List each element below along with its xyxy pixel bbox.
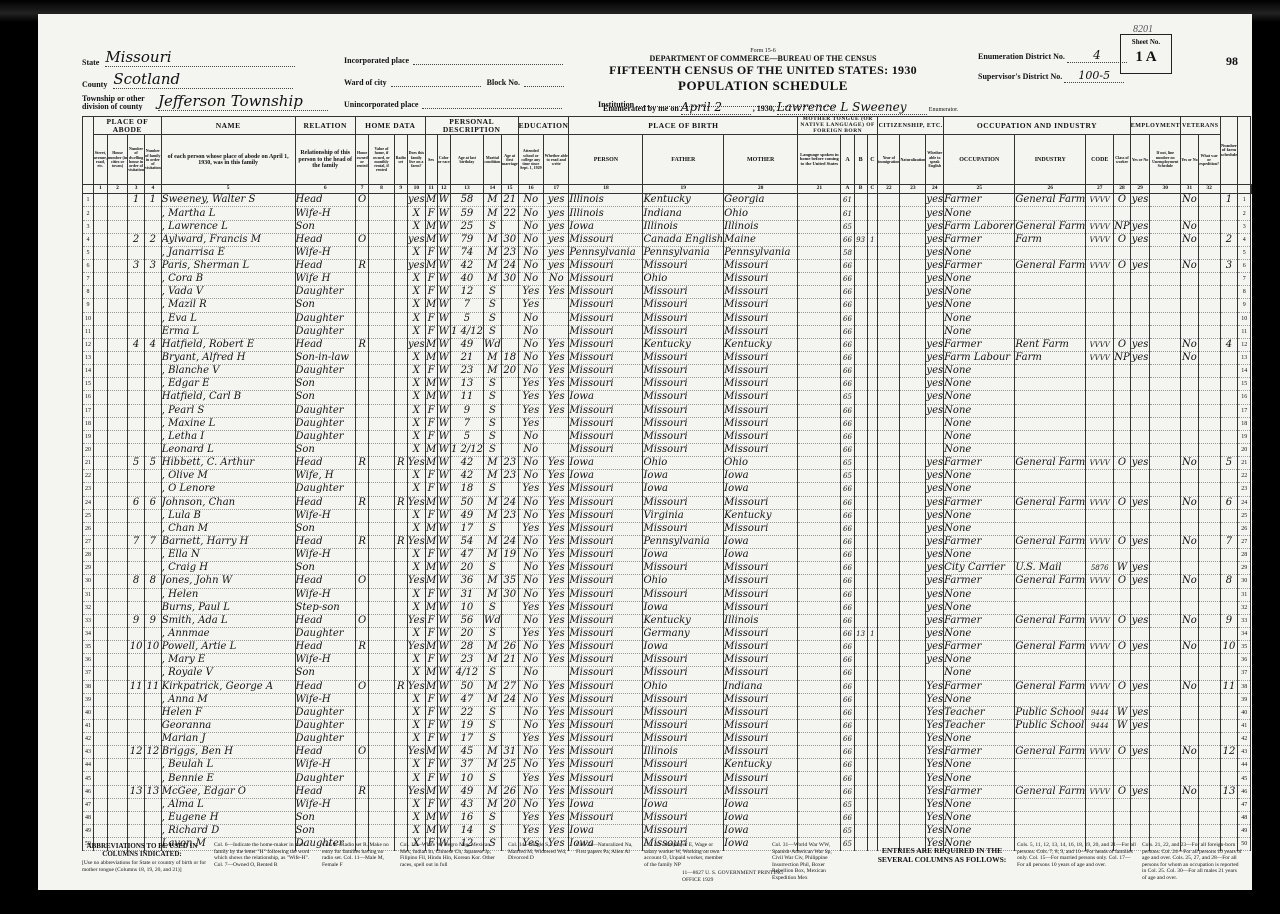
empty-cell — [878, 430, 900, 443]
farm-schedule — [1220, 430, 1238, 443]
relationship: Wife-H — [295, 588, 355, 601]
empty-cell — [1198, 601, 1220, 614]
line-number: 4 — [83, 233, 94, 246]
empty-cell — [1150, 470, 1181, 483]
birthplace: Missouri — [569, 654, 643, 667]
race: W — [437, 614, 450, 627]
empty-cell — [1198, 194, 1220, 207]
veteran — [1181, 798, 1199, 811]
empty-cell — [93, 733, 107, 746]
code-a: 66 — [841, 759, 854, 772]
race: W — [437, 693, 450, 706]
empty-cell — [798, 312, 841, 325]
sex: M — [425, 351, 437, 364]
dwelling-number: 13 — [128, 785, 145, 798]
farm-schedule — [1220, 588, 1238, 601]
radio-set — [394, 299, 407, 312]
age: 37 — [450, 759, 483, 772]
birthplace: Missouri — [569, 286, 643, 299]
race: W — [437, 667, 450, 680]
veteran — [1181, 404, 1199, 417]
table-row: 431212Briggs, Ben HHeadOYesMW45M31NoYesM… — [83, 746, 1252, 759]
empty-cell — [1150, 338, 1181, 351]
age: 79 — [450, 233, 483, 246]
occupation-code: VVVV — [1086, 614, 1114, 627]
sex: M — [425, 641, 437, 654]
empty-cell — [900, 417, 926, 430]
code-b — [854, 246, 867, 259]
empty-cell — [798, 417, 841, 430]
home-owned: O — [355, 233, 369, 246]
code-b — [854, 693, 867, 706]
person-name: , O Lenore — [161, 483, 295, 496]
age: 50 — [450, 496, 483, 509]
occupation: Farmer — [944, 575, 1015, 588]
father-birthplace: Iowa — [643, 483, 724, 496]
code-a: 66 — [841, 614, 854, 627]
marital-status: S — [483, 430, 501, 443]
dwelling-number — [128, 522, 145, 535]
code-a: 66 — [841, 693, 854, 706]
empty-cell — [1150, 260, 1181, 273]
industry — [1015, 299, 1086, 312]
industry: U.S. Mail — [1015, 562, 1086, 575]
farm-or-yes: X — [407, 759, 425, 772]
radio-set — [394, 641, 407, 654]
empty-cell — [900, 772, 926, 785]
empty-cell — [900, 719, 926, 732]
age: 5 — [450, 430, 483, 443]
industry: General Farm — [1015, 575, 1086, 588]
occupation-code: VVVV — [1086, 680, 1114, 693]
speaks-english — [926, 325, 944, 338]
group-citizenship: CITIZENSHIP, ETC. — [878, 117, 944, 135]
col31-note: Col. 31—World War WW, Spanish-American W… — [772, 842, 842, 882]
sex: M — [425, 299, 437, 312]
age-at-marriage — [501, 825, 518, 838]
farm-or-yes: Yes — [407, 614, 425, 627]
line-number-right: 19 — [1238, 430, 1251, 443]
column-number: 13 — [450, 185, 483, 194]
person-name: Burns, Paul L — [161, 601, 295, 614]
veteran — [1181, 365, 1199, 378]
sex: F — [425, 719, 437, 732]
empty-cell — [1198, 391, 1220, 404]
empty-cell — [1150, 601, 1181, 614]
birthplace: Missouri — [569, 785, 643, 798]
sex: F — [425, 312, 437, 325]
empty-cell — [1198, 443, 1220, 456]
person-name: , Martha L — [161, 207, 295, 220]
veteran — [1181, 693, 1199, 706]
age-at-marriage — [501, 719, 518, 732]
birthplace: Missouri — [569, 759, 643, 772]
can-read-write: Yes — [544, 562, 569, 575]
empty-cell — [107, 470, 127, 483]
can-read-write — [544, 443, 569, 456]
radio-header: Radio set — [394, 135, 407, 185]
empty-cell — [900, 246, 926, 259]
veteran: No — [1181, 535, 1199, 548]
speaks-english: yes — [926, 194, 944, 207]
race: W — [437, 246, 450, 259]
race: W — [437, 365, 450, 378]
father-birthplace: Missouri — [643, 588, 724, 601]
relationship: Daughter — [295, 312, 355, 325]
enumerator-name: Lawrence L Sweeney — [777, 100, 927, 115]
occupation-code — [1086, 588, 1114, 601]
code-b — [854, 220, 867, 233]
column-number: C — [867, 185, 878, 194]
father-birthplace: Missouri — [643, 706, 724, 719]
age-at-marriage: 30 — [501, 233, 518, 246]
table-row: 3399Smith, Ada LHeadOYesFW56WdNoYesMisso… — [83, 614, 1252, 627]
farm-or-yes: X — [407, 483, 425, 496]
home-owned — [355, 417, 369, 430]
family-number: 6 — [144, 496, 161, 509]
farm-schedule: 3 — [1220, 260, 1238, 273]
code-a: 66 — [841, 430, 854, 443]
age-at-marriage — [501, 299, 518, 312]
line-number-right: 39 — [1238, 693, 1251, 706]
radio-set — [394, 759, 407, 772]
industry — [1015, 693, 1086, 706]
marital-status: Wd — [483, 338, 501, 351]
at-work: yes — [1130, 785, 1150, 798]
race: W — [437, 562, 450, 575]
column-number: 10 — [407, 185, 425, 194]
age-at-marriage — [501, 430, 518, 443]
code-c — [867, 614, 878, 627]
class-of-worker — [1114, 549, 1130, 562]
family-number: 3 — [144, 260, 161, 273]
empty-cell — [900, 470, 926, 483]
empty-cell — [1198, 759, 1220, 772]
at-work — [1130, 759, 1150, 772]
empty-cell — [1150, 430, 1181, 443]
father-birthplace: Missouri — [643, 667, 724, 680]
code-c — [867, 273, 878, 286]
age: 12 — [450, 286, 483, 299]
at-work: yes — [1130, 220, 1150, 233]
group-mother-tongue: MOTHER TONGUE (OR NATIVE LANGUAGE) OF FO… — [798, 117, 878, 135]
line-number-right: 8 — [1238, 286, 1251, 299]
code-c — [867, 351, 878, 364]
person-name: Marian J — [161, 733, 295, 746]
empty-cell — [107, 627, 127, 640]
language-header: Language spoken in home before coming to… — [798, 135, 841, 185]
attended-school: No — [518, 260, 543, 273]
column-number: 4 — [144, 185, 161, 194]
farm-schedule — [1220, 483, 1238, 496]
line-number: 24 — [83, 496, 94, 509]
veteran — [1181, 627, 1199, 640]
farm-or-yes: X — [407, 549, 425, 562]
age-at-marriage: 24 — [501, 693, 518, 706]
mother-birthplace: Missouri — [724, 496, 798, 509]
line-number-right: 33 — [1238, 614, 1251, 627]
code-a: 66 — [841, 535, 854, 548]
age: 21 — [450, 351, 483, 364]
empty-cell — [369, 706, 394, 719]
industry: Public School — [1015, 706, 1086, 719]
empty-cell — [369, 627, 394, 640]
dwelling-number — [128, 719, 145, 732]
dwelling-number — [128, 299, 145, 312]
can-read-write: Yes — [544, 509, 569, 522]
person-name: Helen F — [161, 706, 295, 719]
dwelling-number: 4 — [128, 338, 145, 351]
occupation-code — [1086, 667, 1114, 680]
relationship: Wife-H — [295, 654, 355, 667]
code-b — [854, 417, 867, 430]
relationship: Head — [295, 680, 355, 693]
col6-note: Col. 6—Indicate the home-maker in each f… — [214, 842, 314, 868]
farm-or-yes: X — [407, 509, 425, 522]
empty-cell — [369, 430, 394, 443]
race: W — [437, 194, 450, 207]
line-number-right: 38 — [1238, 680, 1251, 693]
veteran — [1181, 207, 1199, 220]
farm-or-yes: X — [407, 220, 425, 233]
birthplace: Missouri — [569, 509, 643, 522]
class-of-worker — [1114, 417, 1130, 430]
line-number-right: 18 — [1238, 417, 1251, 430]
speaks-english: yes — [926, 509, 944, 522]
age: 1 2/12 — [450, 443, 483, 456]
farm-schedule — [1220, 522, 1238, 535]
home-owned: R — [355, 457, 369, 470]
speaks-english: yes — [926, 575, 944, 588]
can-read-write: Yes — [544, 627, 569, 640]
at-work: yes — [1130, 535, 1150, 548]
code-c — [867, 549, 878, 562]
empty-cell — [1150, 535, 1181, 548]
mother-birthplace: Missouri — [724, 719, 798, 732]
code-a: 66 — [841, 575, 854, 588]
table-row: 42Marian JDaughterXFW17SYesYesMissouriMi… — [83, 733, 1252, 746]
occupation-code — [1086, 693, 1114, 706]
empty-cell — [1150, 325, 1181, 338]
empty-cell — [1150, 746, 1181, 759]
farm-or-yes: X — [407, 207, 425, 220]
farm-schedule — [1220, 811, 1238, 824]
empty-cell — [93, 746, 107, 759]
dwelling-number: 2 — [128, 233, 145, 246]
marital-status: M — [483, 746, 501, 759]
age: 20 — [450, 627, 483, 640]
age: 20 — [450, 562, 483, 575]
occupation: None — [944, 522, 1015, 535]
immigration-header: Year of immigration — [878, 135, 900, 185]
empty-cell — [900, 365, 926, 378]
code-b — [854, 811, 867, 824]
col14-note: Col. 14—Single S, Married M, Widowed Wd,… — [508, 842, 568, 862]
age: 49 — [450, 785, 483, 798]
farm-schedule — [1220, 443, 1238, 456]
age-at-marriage: 27 — [501, 680, 518, 693]
mother-birthplace: Missouri — [724, 273, 798, 286]
empty-cell — [107, 391, 127, 404]
empty-cell — [1150, 549, 1181, 562]
person-name: , Janarrisa E — [161, 246, 295, 259]
code-b — [854, 575, 867, 588]
relationship: Wife-H — [295, 207, 355, 220]
empty-cell — [107, 614, 127, 627]
age-marriage-header: Age at first marriage — [501, 135, 518, 185]
line-number-right: 43 — [1238, 746, 1251, 759]
race: W — [437, 443, 450, 456]
empty-cell — [369, 522, 394, 535]
code-a: 66 — [841, 443, 854, 456]
column-number-row: 123456789101112131415161718192021ABC2223… — [83, 185, 1252, 194]
birthplace: Missouri — [569, 811, 643, 824]
person-name: , Lawrence L — [161, 220, 295, 233]
father-birthplace: Missouri — [643, 496, 724, 509]
father-birthplace: Ohio — [643, 680, 724, 693]
farm-schedule — [1220, 312, 1238, 325]
occupation: None — [944, 601, 1015, 614]
occupation-header: OCCUPATION — [944, 135, 1015, 185]
can-read-write: Yes — [544, 641, 569, 654]
marital-status: M — [483, 260, 501, 273]
family-number — [144, 220, 161, 233]
empty-cell — [900, 194, 926, 207]
empty-cell — [107, 351, 127, 364]
occupation: None — [944, 286, 1015, 299]
farm-or-yes: yes — [407, 260, 425, 273]
empty-cell — [369, 338, 394, 351]
farm-or-yes: X — [407, 654, 425, 667]
empty-cell — [93, 246, 107, 259]
dwelling-number: 1 — [128, 194, 145, 207]
speaks-english: yes — [926, 535, 944, 548]
code-c — [867, 535, 878, 548]
birthplace: Missouri — [569, 378, 643, 391]
occupation-code — [1086, 404, 1114, 417]
occupation-code — [1086, 391, 1114, 404]
dwelling-number: 10 — [128, 641, 145, 654]
person-name: Hatfield, Carl B — [161, 391, 295, 404]
empty-cell — [93, 457, 107, 470]
line-number-right: 48 — [1238, 811, 1251, 824]
person-name: , Beulah L — [161, 759, 295, 772]
race: W — [437, 798, 450, 811]
veteran: No — [1181, 457, 1199, 470]
marital-status: M — [483, 654, 501, 667]
age: 49 — [450, 509, 483, 522]
empty-cell — [1150, 759, 1181, 772]
line-number-right: 26 — [1238, 522, 1251, 535]
veteran — [1181, 601, 1199, 614]
line-number-right: 44 — [1238, 759, 1251, 772]
col9-note: Col. 9—Radio set R. Make no entry for fa… — [322, 842, 392, 868]
farm-schedule — [1220, 667, 1238, 680]
line-number-right: 5 — [1238, 246, 1251, 259]
home-owned — [355, 273, 369, 286]
name-subheader: of each person whose place of abode on A… — [161, 135, 295, 185]
sex: F — [425, 706, 437, 719]
empty-cell — [369, 772, 394, 785]
class-of-worker — [1114, 246, 1130, 259]
empty-cell — [1198, 535, 1220, 548]
industry: General Farm — [1015, 746, 1086, 759]
occupation: None — [944, 627, 1015, 640]
speaks-english: yes — [926, 207, 944, 220]
family-number — [144, 667, 161, 680]
school-header: Attended school or college any time sinc… — [518, 135, 543, 185]
code-c — [867, 443, 878, 456]
occupation: None — [944, 207, 1015, 220]
radio-set — [394, 194, 407, 207]
at-work: yes — [1130, 562, 1150, 575]
naturalization-header: Naturalization — [900, 135, 926, 185]
marital-status: M — [483, 549, 501, 562]
empty-cell — [1198, 798, 1220, 811]
empty-cell — [369, 457, 394, 470]
farm-schedule — [1220, 220, 1238, 233]
age-at-marriage: 20 — [501, 365, 518, 378]
race: W — [437, 627, 450, 640]
code-a: 66 — [841, 641, 854, 654]
occupation-code — [1086, 273, 1114, 286]
radio-set — [394, 588, 407, 601]
race: W — [437, 641, 450, 654]
line-number: 17 — [83, 404, 94, 417]
class-of-worker — [1114, 483, 1130, 496]
race: W — [437, 273, 450, 286]
can-read-write: Yes — [544, 746, 569, 759]
relationship: Daughter — [295, 772, 355, 785]
farm-or-yes: X — [407, 825, 425, 838]
empty-cell — [1150, 233, 1181, 246]
empty-cell — [900, 378, 926, 391]
family-number — [144, 693, 161, 706]
family-number — [144, 522, 161, 535]
person-name: , Anna M — [161, 693, 295, 706]
empty-cell — [93, 378, 107, 391]
relationship: Son — [295, 220, 355, 233]
occupation: Farmer — [944, 338, 1015, 351]
line-number-right: 13 — [1238, 351, 1251, 364]
age-at-marriage — [501, 338, 518, 351]
farm-schedule — [1220, 470, 1238, 483]
empty-cell — [107, 286, 127, 299]
line-number: 21 — [83, 457, 94, 470]
race: W — [437, 207, 450, 220]
can-read-write: Yes — [544, 535, 569, 548]
person-name: , Craig H — [161, 562, 295, 575]
mother-birthplace: Missouri — [724, 772, 798, 785]
empty-cell — [93, 404, 107, 417]
marital-status: M — [483, 207, 501, 220]
empty-cell — [798, 706, 841, 719]
line-number-right: 22 — [1238, 470, 1251, 483]
age: 7 — [450, 417, 483, 430]
attended-school: Yes — [518, 733, 543, 746]
at-work: yes — [1130, 719, 1150, 732]
family-number — [144, 273, 161, 286]
can-read-write: Yes — [544, 496, 569, 509]
empty-cell — [878, 601, 900, 614]
attended-school: No — [518, 457, 543, 470]
empty-cell — [107, 483, 127, 496]
farm-or-yes: X — [407, 733, 425, 746]
empty-cell — [878, 325, 900, 338]
empty-cell — [900, 562, 926, 575]
empty-cell — [1198, 496, 1220, 509]
mother-birthplace: Missouri — [724, 667, 798, 680]
